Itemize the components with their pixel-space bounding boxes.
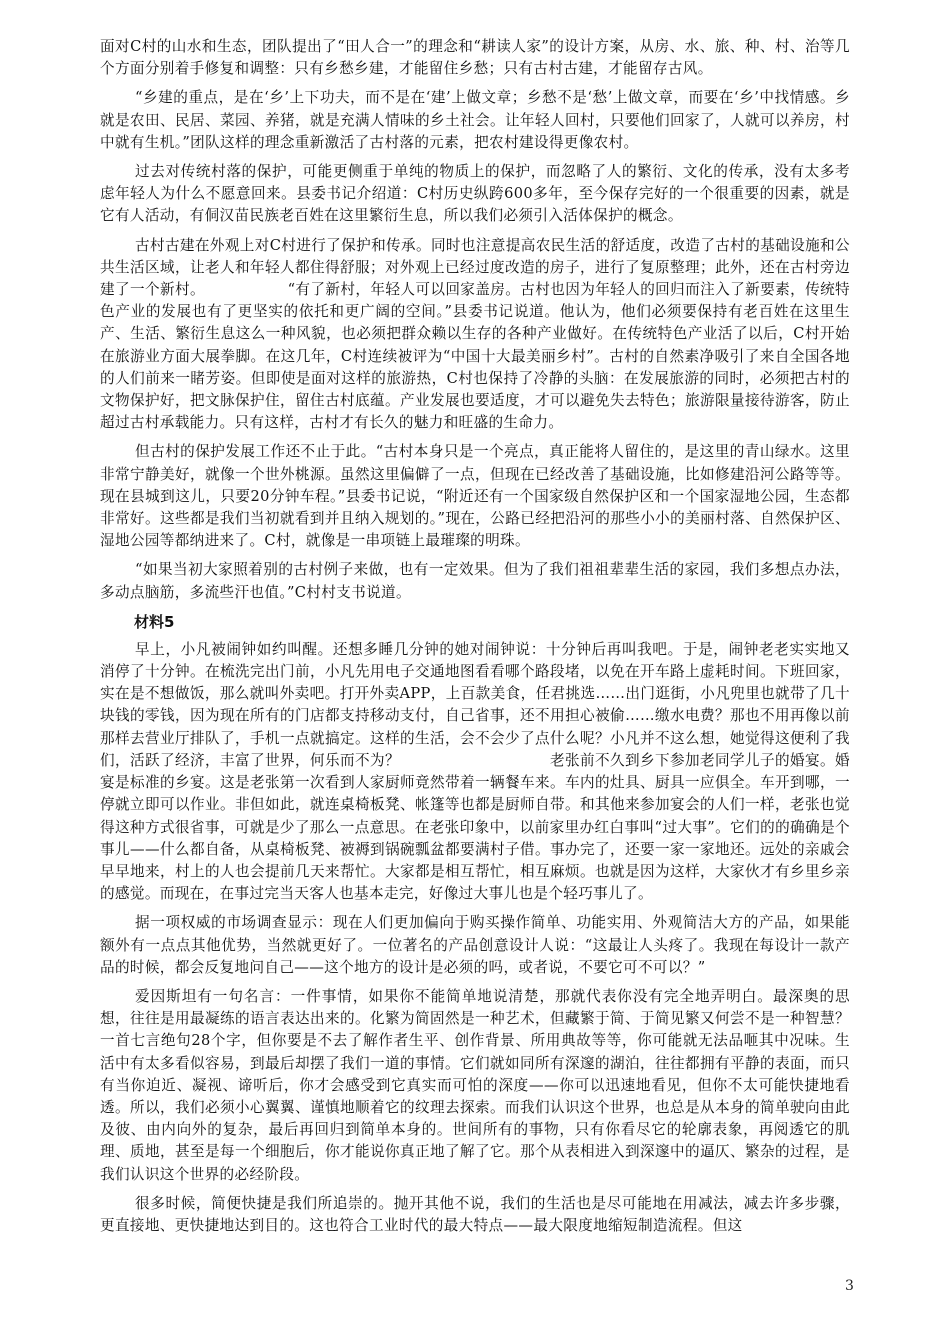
paragraph: 过去对传统村落的保护，可能更侧重于单纯的物质上的保护，而忽略了人的繁衍、文化的传… [100,161,850,228]
paragraph: 很多时候，简便快捷是我们所追崇的。抛开其他不说，我们的生活也是尽可能地在用减法，… [100,1193,850,1237]
paragraph: 据一项权威的市场调查显示：现在人们更加偏向于购买操作简单、功能实用、外观简洁大方… [100,912,850,979]
paragraph: 面对C村的山水和生态，团队提出了“田人合一”的理念和“耕读人家”的设计方案，从房… [100,36,850,80]
paragraph: “乡建的重点，是在‘乡’上下功夫，而不是在‘建’上做文章；乡愁不是‘愁’上做文章… [100,87,850,154]
document-page: 面对C村的山水和生态，团队提出了“田人合一”的理念和“耕读人家”的设计方案，从房… [100,36,850,1244]
paragraph: 古村古建在外观上对C村进行了保护和传承。同时也注意提高农民生活的舒适度，改造了古… [100,235,850,435]
paragraph: 但古村的保护发展工作还不止于此。“古村本身只是一个亮点，真正能将人留住的，是这里… [100,441,850,552]
section-heading-material-5: 材料5 [100,611,850,633]
paragraph: 早上，小凡被闹钟如约叫醒。还想多睡几分钟的她对闹钟说：十分钟后再叫我吧。于是，闹… [100,639,850,905]
paragraph: 爱因斯坦有一句名言：一件事情，如果你不能简单地说清楚，那就代表你没有完全地弄明白… [100,986,850,1186]
page-number: 3 [845,1278,854,1294]
paragraph: “如果当初大家照着别的古村例子来做，也有一定效果。但为了我们祖祖辈辈生活的家园，… [100,559,850,603]
